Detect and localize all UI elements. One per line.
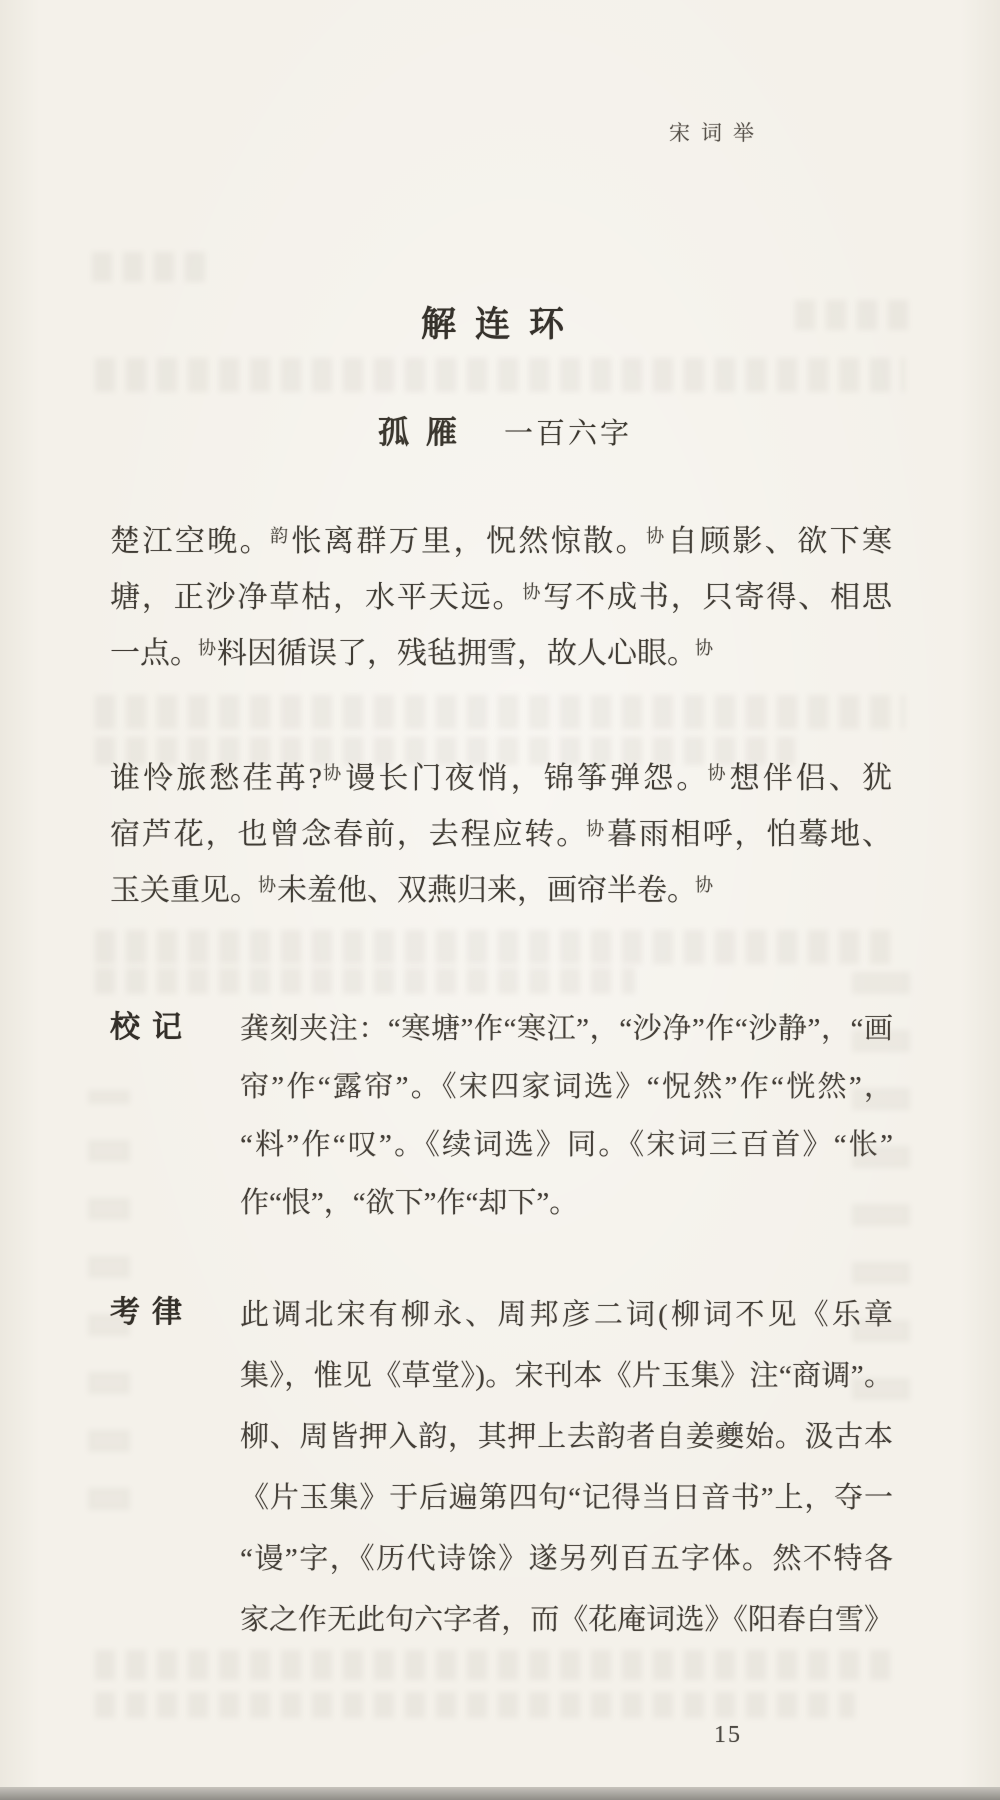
poem-line: 谁怜旅愁荏苒?协谩长门夜悄，锦筝弹怨。协想伴侣、犹 [110, 745, 892, 801]
rhyme-marker: 协 [646, 526, 666, 546]
rhyme-marker: 协 [320, 763, 344, 783]
running-header: 宋词举 [669, 117, 765, 147]
rhyme-marker: 协 [586, 819, 606, 839]
section-lines-metrics: 此调北宋有柳永、周邦彦二词(柳词不见《乐章集》，惟见《草堂》)。宋刊本《片玉集》… [240, 1285, 893, 1651]
poem-text: 写不成书，只寄得、相思 [543, 581, 892, 614]
poem-text: 未羞他、双燕归来，画帘半卷。 [277, 874, 697, 907]
poem-title: 解连环 [0, 297, 985, 347]
note-line: “谩”字，《历代诗馀》遂另列百五字体。然不特各 [240, 1529, 893, 1590]
poem-text: 暮雨相呼，怕蓦地、 [607, 818, 892, 851]
bleedthrough-artifact [95, 1650, 895, 1680]
bleedthrough-artifact [95, 1692, 855, 1718]
poem-text: 料因循误了，残毡拥雪，故人心眼。 [217, 637, 697, 670]
poem-line: 玉关重见。协未羞他、双燕归来，画帘半卷。协 [110, 857, 892, 913]
poem-text: 玉关重见。 [110, 874, 260, 907]
poem-text: 楚江空晚。 [110, 525, 272, 558]
poem-text: 想伴侣、犹 [730, 762, 892, 795]
section-collation: 校记 龚刻夹注：“寒塘”作“寒江”，“沙净”作“沙静”，“画帘”作“露帘”。《宋… [110, 1000, 893, 1232]
poem-text: 宿芦花，也曾念春前，去程应转。 [110, 818, 588, 851]
rhyme-marker: 协 [258, 875, 276, 895]
rhyme-marker: 协 [198, 638, 216, 658]
rhyme-marker: 协 [707, 763, 728, 783]
poem-text: 塘，正沙净草枯，水平天远。 [110, 581, 524, 614]
poem-line: 塘，正沙净草枯，水平天远。协写不成书，只寄得、相思 [110, 564, 892, 620]
subtitle-subject: 孤雁 [378, 415, 474, 450]
note-line: 帘”作“露帘”。《宋四家词选》“怳然”作“恍然”， [240, 1058, 893, 1116]
bleedthrough-artifact [92, 252, 212, 282]
book-page: 宋词举 解连环 孤雁一百六字 楚江空晚。韵怅离群万里，怳然惊散。协自顾影、欲下寒… [0, 0, 1000, 1800]
poem-stanza: 楚江空晚。韵怅离群万里，怳然惊散。协自顾影、欲下寒塘，正沙净草枯，水平天远。协写… [110, 508, 892, 676]
subtitle-char-count: 一百六字 [504, 418, 632, 450]
poem-line: 楚江空晚。韵怅离群万里，怳然惊散。协自顾影、欲下寒 [110, 508, 892, 564]
note-line: 作“恨”，“欲下”作“却下”。 [240, 1174, 893, 1232]
note-line: 此调北宋有柳永、周邦彦二词(柳词不见《乐章 [240, 1285, 893, 1346]
bleedthrough-artifact [95, 968, 635, 994]
note-line: “料”作“叹”。《续词选》同。《宋词三百首》“怅” [240, 1116, 893, 1174]
note-line: 柳、周皆押入韵，其押上去韵者自姜夔始。汲古本 [240, 1407, 893, 1468]
rhyme-marker: 协 [522, 582, 542, 602]
poem-text: 一点。 [110, 637, 200, 670]
poem-line: 一点。协料因循误了，残毡拥雪，故人心眼。协 [110, 620, 892, 676]
poem-text: 怅离群万里，怳然惊散。 [292, 525, 649, 558]
rhyme-marker: 协 [695, 875, 713, 895]
bleedthrough-artifact [95, 358, 905, 392]
note-line: 《片玉集》于后遍第四句“记得当日音书”上，夺一 [240, 1468, 893, 1529]
poem-text: 谩长门夜悄，锦筝弹怨。 [345, 762, 709, 795]
page-number: 15 [714, 1722, 742, 1749]
rhyme-marker: 协 [695, 638, 713, 658]
poem-text: 自顾影、欲下寒 [668, 525, 893, 558]
bleedthrough-artifact [95, 930, 895, 964]
section-label-metrics: 考律 [110, 1287, 194, 1331]
section-label-collation: 校记 [110, 1002, 194, 1046]
poem-line: 宿芦花，也曾念春前，去程应转。协暮雨相呼，怕蓦地、 [110, 801, 892, 857]
section-metrics: 考律 此调北宋有柳永、周邦彦二词(柳词不见《乐章集》，惟见《草堂》)。宋刊本《片… [110, 1285, 893, 1651]
poem-body: 楚江空晚。韵怅离群万里，怳然惊散。协自顾影、欲下寒塘，正沙净草枯，水平天远。协写… [110, 508, 892, 913]
scan-edge-shadow [0, 1787, 1000, 1800]
rhyme-marker: 韵 [270, 526, 290, 546]
note-line: 集》，惟见《草堂》)。宋刊本《片玉集》注“商调”。 [240, 1346, 893, 1407]
poem-subtitle: 孤雁一百六字 [0, 407, 1000, 452]
note-line: 家之作无此句六字者，而《花庵词选》《阳春白雪》 [240, 1590, 893, 1651]
poem-text: 谁怜旅愁荏苒? [110, 762, 322, 795]
poem-stanza: 谁怜旅愁荏苒?协谩长门夜悄，锦筝弹怨。协想伴侣、犹宿芦花，也曾念春前，去程应转。… [110, 745, 892, 913]
note-line: 龚刻夹注：“寒塘”作“寒江”，“沙净”作“沙静”，“画 [240, 1000, 893, 1058]
section-lines-collation: 龚刻夹注：“寒塘”作“寒江”，“沙净”作“沙静”，“画帘”作“露帘”。《宋四家词… [240, 1000, 893, 1232]
